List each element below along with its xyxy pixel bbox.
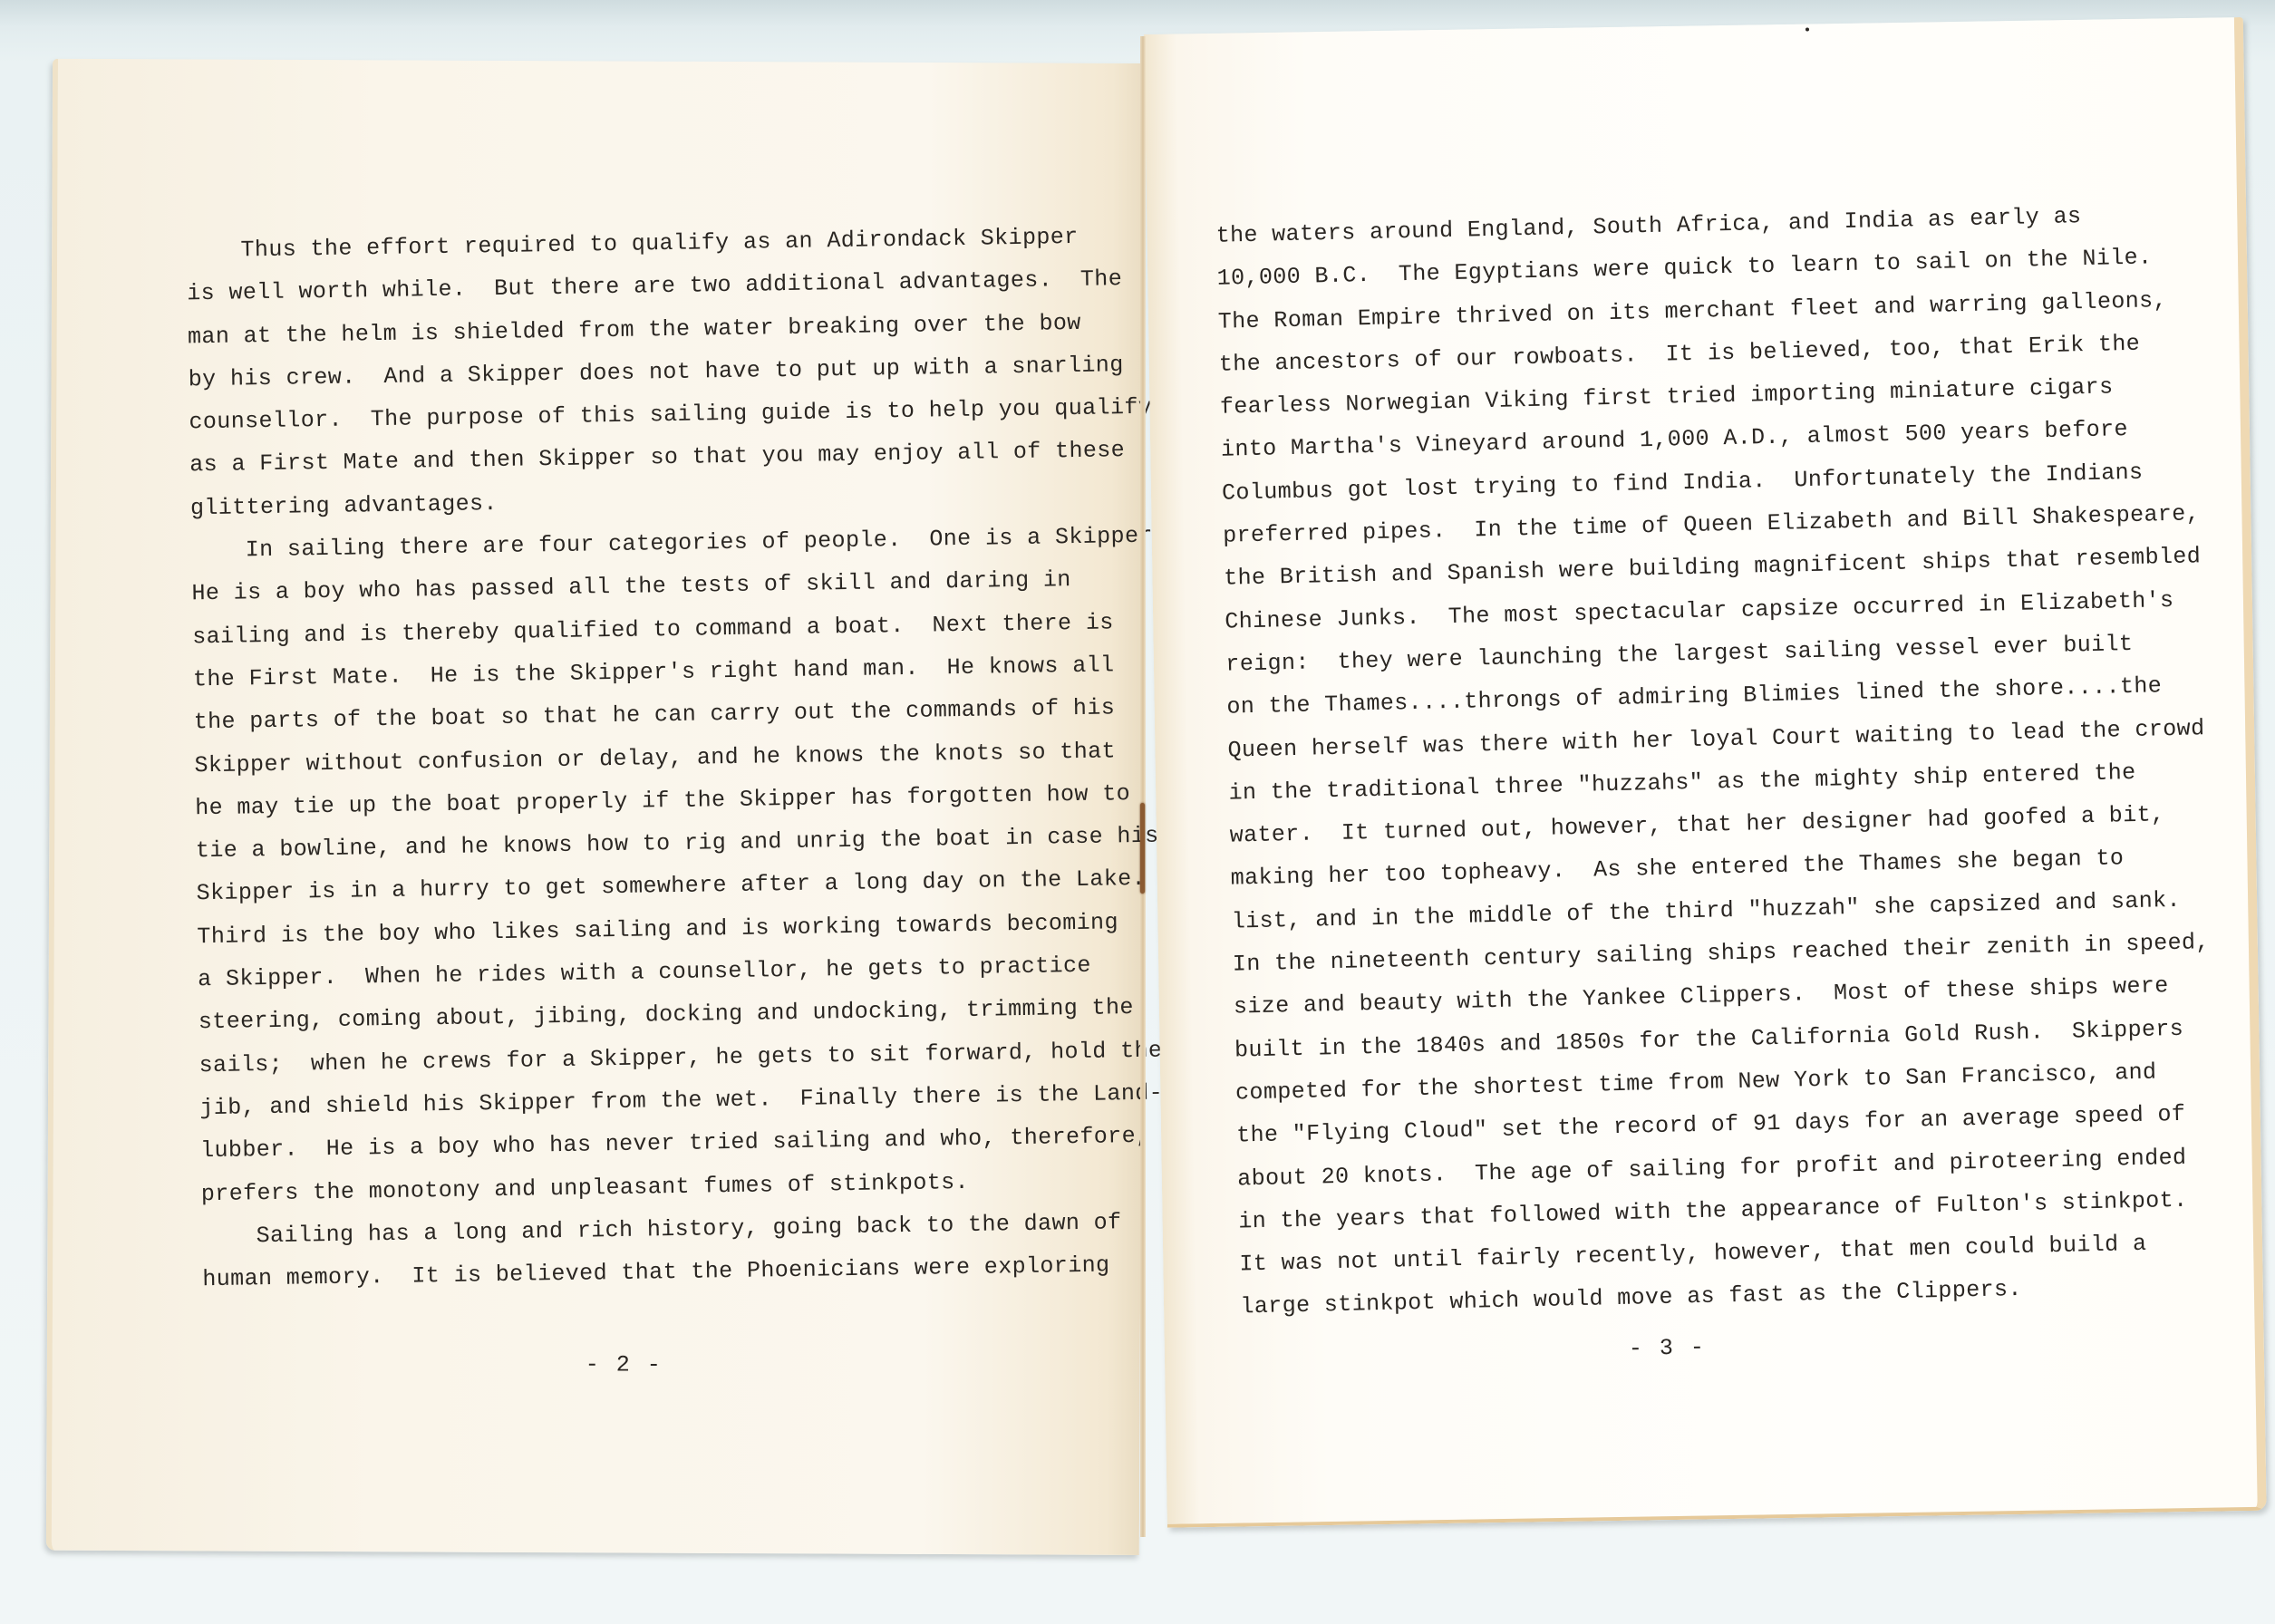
page-number-3: - 3 - — [1629, 1334, 1707, 1362]
right-page: the waters around England, South Africa,… — [1144, 17, 2267, 1528]
booklet-spine — [1140, 36, 1146, 1537]
left-page-body-text: Thus the effort required to qualify as a… — [186, 214, 1178, 1300]
staple-icon — [1140, 803, 1145, 894]
left-page: Thus the effort required to qualify as a… — [46, 59, 1146, 1555]
page-number-2: - 2 - — [586, 1351, 663, 1377]
right-page-body-text: the waters around England, South Africa,… — [1215, 192, 2218, 1329]
ink-speck — [1805, 27, 1809, 31]
